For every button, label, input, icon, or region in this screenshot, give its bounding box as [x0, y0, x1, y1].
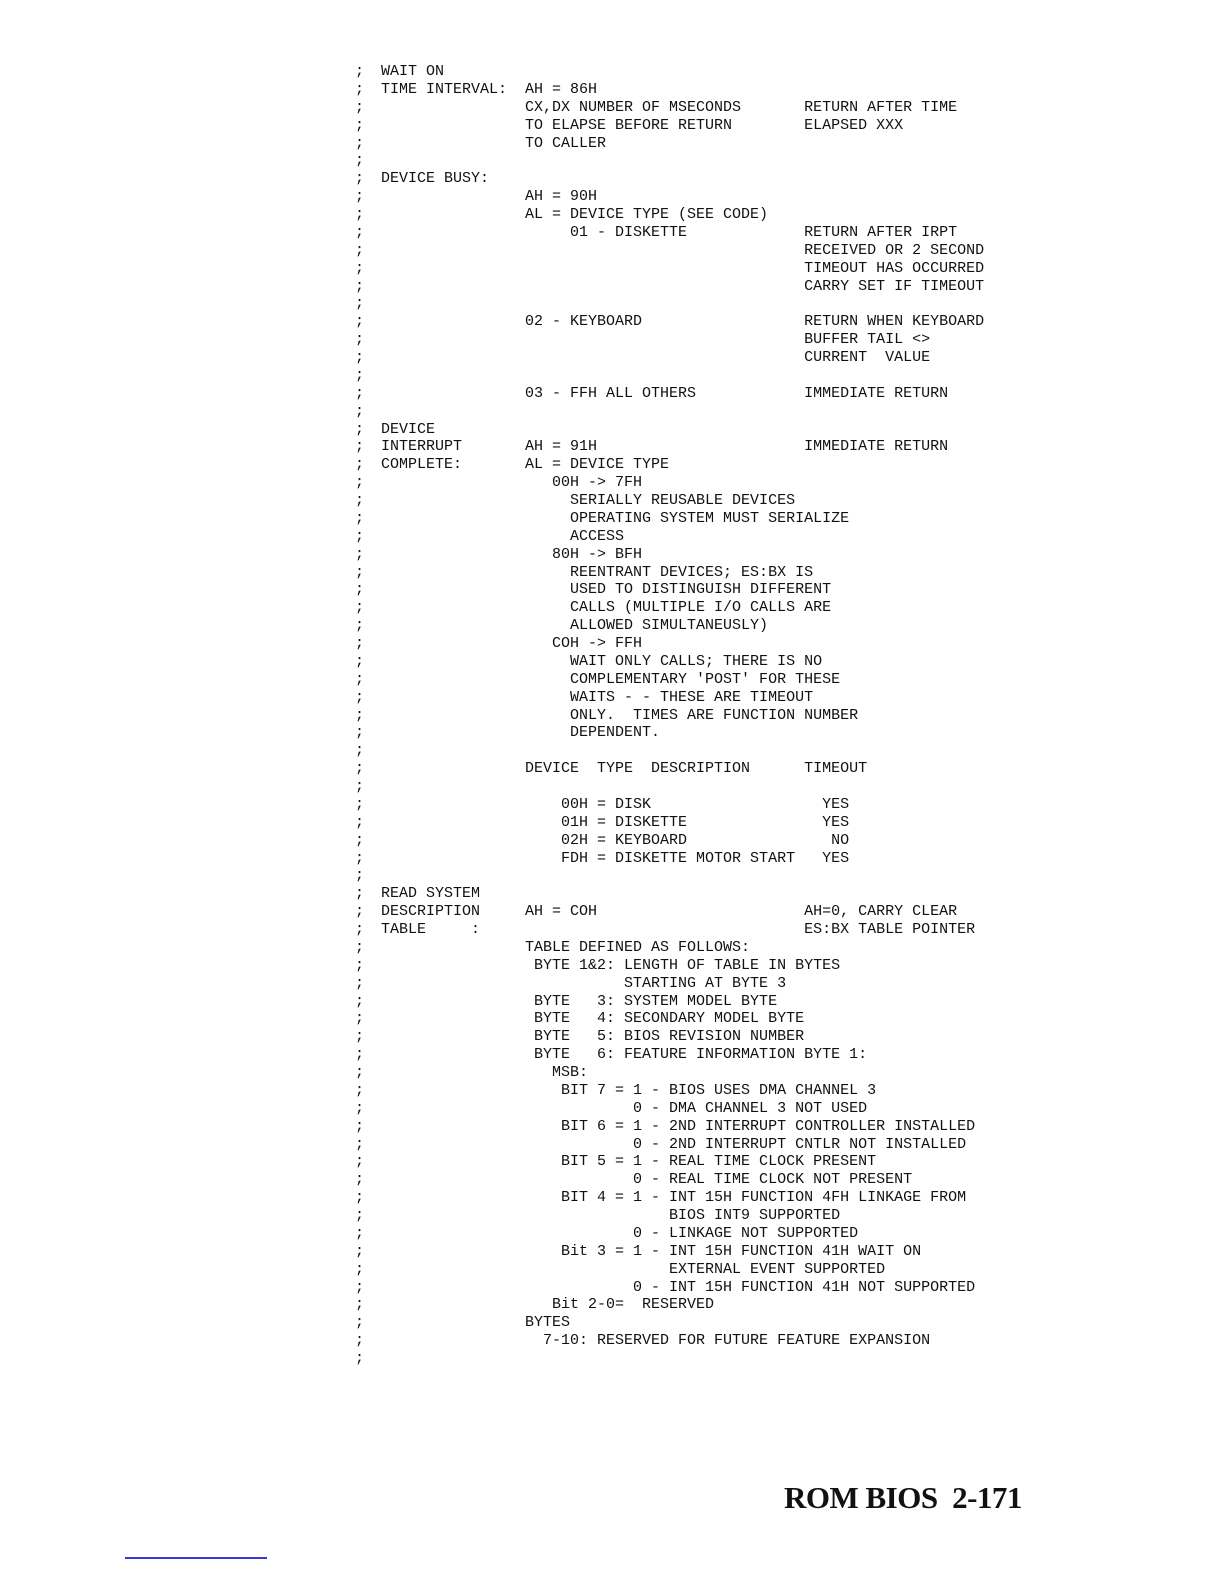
- comment-marker: ;: [355, 689, 381, 707]
- comment-marker: ;: [355, 671, 381, 689]
- listing-line: ; BIT 7 = 1 - BIOS USES DMA CHANNEL 3: [355, 1082, 984, 1100]
- listing-line: ; 03 - FFH ALL OTHERS IMMEDIATE RETURN: [355, 385, 984, 403]
- comment-marker: ;: [355, 1100, 381, 1118]
- comment-marker: ;: [355, 63, 381, 81]
- listing-line: ; WAITS - - THESE ARE TIMEOUT: [355, 689, 984, 707]
- comment-marker: ;: [355, 1189, 381, 1207]
- line-text: 0 - INT 15H FUNCTION 41H NOT SUPPORTED: [381, 1279, 975, 1296]
- comment-marker: ;: [355, 1028, 381, 1046]
- comment-marker: ;: [355, 278, 381, 296]
- comment-marker: ;: [355, 1225, 381, 1243]
- line-text: DEVICE BUSY:: [381, 170, 489, 187]
- comment-marker: ;: [355, 832, 381, 850]
- line-text: 0 - 2ND INTERRUPT CNTLR NOT INSTALLED: [381, 1136, 966, 1153]
- comment-marker: ;: [355, 814, 381, 832]
- listing-line: ; EXTERNAL EVENT SUPPORTED: [355, 1261, 984, 1279]
- line-text: 0 - REAL TIME CLOCK NOT PRESENT: [381, 1171, 912, 1188]
- comment-marker: ;: [355, 349, 381, 367]
- listing-line: ; CALLS (MULTIPLE I/O CALLS ARE: [355, 599, 984, 617]
- line-text: DESCRIPTION AH = COH AH=0, CARRY CLEAR: [381, 903, 957, 920]
- line-text: BYTE 3: SYSTEM MODEL BYTE: [381, 993, 777, 1010]
- line-text: TABLE : ES:BX TABLE POINTER: [381, 921, 975, 938]
- comment-marker: ;: [355, 975, 381, 993]
- listing-line: ;: [355, 1350, 984, 1368]
- comment-marker: ;: [355, 796, 381, 814]
- comment-marker: ;: [355, 242, 381, 260]
- listing-line: ; BUFFER TAIL <>: [355, 331, 984, 349]
- line-text: CURRENT VALUE: [381, 349, 930, 366]
- line-text: ONLY. TIMES ARE FUNCTION NUMBER: [381, 707, 858, 724]
- listing-line: ;: [355, 742, 984, 760]
- listing-line: ; Bit 2-0= RESERVED: [355, 1296, 984, 1314]
- line-text: 02 - KEYBOARD RETURN WHEN KEYBOARD: [381, 313, 984, 330]
- comment-marker: ;: [355, 206, 381, 224]
- comment-marker: ;: [355, 117, 381, 135]
- listing-line: ; USED TO DISTINGUISH DIFFERENT: [355, 581, 984, 599]
- comment-marker: ;: [355, 260, 381, 278]
- listing-line: ;TABLE : ES:BX TABLE POINTER: [355, 921, 984, 939]
- comment-marker: ;: [355, 546, 381, 564]
- listing-line: ;DEVICE BUSY:: [355, 170, 984, 188]
- comment-marker: ;: [355, 1207, 381, 1225]
- line-text: WAIT ON: [381, 63, 444, 80]
- listing-line: ; OPERATING SYSTEM MUST SERIALIZE: [355, 510, 984, 528]
- line-text: AH = 90H: [381, 188, 597, 205]
- line-text: INTERRUPT AH = 91H IMMEDIATE RETURN: [381, 438, 948, 455]
- line-text: BIT 6 = 1 - 2ND INTERRUPT CONTROLLER INS…: [381, 1118, 975, 1135]
- line-text: USED TO DISTINGUISH DIFFERENT: [381, 581, 831, 598]
- listing-line: ;: [355, 403, 984, 421]
- line-text: READ SYSTEM: [381, 885, 480, 902]
- comment-marker: ;: [355, 331, 381, 349]
- line-text: TO ELAPSE BEFORE RETURN ELAPSED XXX: [381, 117, 903, 134]
- line-text: BIOS INT9 SUPPORTED: [381, 1207, 840, 1224]
- line-text: CARRY SET IF TIMEOUT: [381, 278, 984, 295]
- comment-marker: ;: [355, 135, 381, 153]
- comment-marker: ;: [355, 903, 381, 921]
- line-text: DEVICE: [381, 421, 435, 438]
- line-text: CALLS (MULTIPLE I/O CALLS ARE: [381, 599, 831, 616]
- comment-marker: ;: [355, 170, 381, 188]
- listing-line: ;DEVICE: [355, 421, 984, 439]
- comment-marker: ;: [355, 921, 381, 939]
- comment-marker: ;: [355, 510, 381, 528]
- line-text: AL = DEVICE TYPE (SEE CODE): [381, 206, 768, 223]
- listing-line: ; BIOS INT9 SUPPORTED: [355, 1207, 984, 1225]
- listing-line: ; CX,DX NUMBER OF MSECONDS RETURN AFTER …: [355, 99, 984, 117]
- listing-line: ; TABLE DEFINED AS FOLLOWS:: [355, 939, 984, 957]
- listing-line: ;: [355, 867, 984, 885]
- comment-marker: ;: [355, 528, 381, 546]
- listing-line: ; MSB:: [355, 1064, 984, 1082]
- comment-marker: ;: [355, 1296, 381, 1314]
- listing-line: ; CARRY SET IF TIMEOUT: [355, 278, 984, 296]
- comment-marker: ;: [355, 850, 381, 868]
- comment-marker: ;: [355, 1153, 381, 1171]
- comment-marker: ;: [355, 599, 381, 617]
- comment-marker: ;: [355, 421, 381, 439]
- line-text: BIT 7 = 1 - BIOS USES DMA CHANNEL 3: [381, 1082, 876, 1099]
- comment-marker: ;: [355, 1064, 381, 1082]
- line-text: OPERATING SYSTEM MUST SERIALIZE: [381, 510, 849, 527]
- comment-marker: ;: [355, 867, 381, 885]
- listing-line: ; 7-10: RESERVED FOR FUTURE FEATURE EXPA…: [355, 1332, 984, 1350]
- line-text: 01 - DISKETTE RETURN AFTER IRPT: [381, 224, 957, 241]
- listing-line: ; STARTING AT BYTE 3: [355, 975, 984, 993]
- listing-line: ; 0 - INT 15H FUNCTION 41H NOT SUPPORTED: [355, 1279, 984, 1297]
- listing-line: ;DESCRIPTION AH = COH AH=0, CARRY CLEAR: [355, 903, 984, 921]
- listing-line: ; Bit 3 = 1 - INT 15H FUNCTION 41H WAIT …: [355, 1243, 984, 1261]
- comment-marker: ;: [355, 456, 381, 474]
- line-text: BUFFER TAIL <>: [381, 331, 930, 348]
- listing-line: ; BYTE 5: BIOS REVISION NUMBER: [355, 1028, 984, 1046]
- comment-marker: ;: [355, 1350, 381, 1368]
- comment-marker: ;: [355, 1261, 381, 1279]
- comment-marker: ;: [355, 653, 381, 671]
- line-text: 7-10: RESERVED FOR FUTURE FEATURE EXPANS…: [381, 1332, 930, 1349]
- listing-line: ; BYTE 1&2: LENGTH OF TABLE IN BYTES: [355, 957, 984, 975]
- listing-line: ; COMPLEMENTARY 'POST' FOR THESE: [355, 671, 984, 689]
- listing-line: ; BIT 5 = 1 - REAL TIME CLOCK PRESENT: [355, 1153, 984, 1171]
- comment-marker: ;: [355, 152, 381, 170]
- comment-marker: ;: [355, 224, 381, 242]
- comment-marker: ;: [355, 742, 381, 760]
- listing-line: ; FDH = DISKETTE MOTOR START YES: [355, 850, 984, 868]
- listing-line: ; ONLY. TIMES ARE FUNCTION NUMBER: [355, 707, 984, 725]
- comment-marker: ;: [355, 707, 381, 725]
- comment-marker: ;: [355, 1118, 381, 1136]
- comment-marker: ;: [355, 403, 381, 421]
- line-text: CX,DX NUMBER OF MSECONDS RETURN AFTER TI…: [381, 99, 957, 116]
- line-text: FDH = DISKETTE MOTOR START YES: [381, 850, 849, 867]
- listing-line: ; 01H = DISKETTE YES: [355, 814, 984, 832]
- line-text: REENTRANT DEVICES; ES:BX IS: [381, 564, 813, 581]
- comment-marker: ;: [355, 295, 381, 313]
- line-text: STARTING AT BYTE 3: [381, 975, 786, 992]
- listing-line: ; 0 - REAL TIME CLOCK NOT PRESENT: [355, 1171, 984, 1189]
- line-text: BIT 5 = 1 - REAL TIME CLOCK PRESENT: [381, 1153, 876, 1170]
- listing-line: ; 00H = DISK YES: [355, 796, 984, 814]
- listing-line: ; BYTE 3: SYSTEM MODEL BYTE: [355, 993, 984, 1011]
- listing-line: ; TO CALLER: [355, 135, 984, 153]
- comment-marker: ;: [355, 1243, 381, 1261]
- comment-marker: ;: [355, 99, 381, 117]
- listing-line: ;COMPLETE: AL = DEVICE TYPE: [355, 456, 984, 474]
- comment-marker: ;: [355, 993, 381, 1011]
- comment-marker: ;: [355, 438, 381, 456]
- line-text: BYTE 1&2: LENGTH OF TABLE IN BYTES: [381, 957, 840, 974]
- line-text: WAIT ONLY CALLS; THERE IS NO: [381, 653, 822, 670]
- listing-line: ; 0 - DMA CHANNEL 3 NOT USED: [355, 1100, 984, 1118]
- line-text: SERIALLY REUSABLE DEVICES: [381, 492, 795, 509]
- listing-line: ; 0 - 2ND INTERRUPT CNTLR NOT INSTALLED: [355, 1136, 984, 1154]
- comment-marker: ;: [355, 1171, 381, 1189]
- listing-line: ;: [355, 295, 984, 313]
- line-text: TIME INTERVAL: AH = 86H: [381, 81, 597, 98]
- line-text: BYTE 4: SECONDARY MODEL BYTE: [381, 1010, 804, 1027]
- listing-line: ; 01 - DISKETTE RETURN AFTER IRPT: [355, 224, 984, 242]
- listing-line: ; CURRENT VALUE: [355, 349, 984, 367]
- listing-line: ; ACCESS: [355, 528, 984, 546]
- listing-line: ;: [355, 152, 984, 170]
- comment-marker: ;: [355, 581, 381, 599]
- comment-marker: ;: [355, 939, 381, 957]
- listing-line: ; 02 - KEYBOARD RETURN WHEN KEYBOARD: [355, 313, 984, 331]
- listing-line: ; TIMEOUT HAS OCCURRED: [355, 260, 984, 278]
- comment-marker: ;: [355, 474, 381, 492]
- listing-line: ; BYTES: [355, 1314, 984, 1332]
- listing-line: ; BIT 6 = 1 - 2ND INTERRUPT CONTROLLER I…: [355, 1118, 984, 1136]
- listing-line: ; BYTE 6: FEATURE INFORMATION BYTE 1:: [355, 1046, 984, 1064]
- listing-line: ; BIT 4 = 1 - INT 15H FUNCTION 4FH LINKA…: [355, 1189, 984, 1207]
- listing-line: ; BYTE 4: SECONDARY MODEL BYTE: [355, 1010, 984, 1028]
- line-text: BYTE 6: FEATURE INFORMATION BYTE 1:: [381, 1046, 867, 1063]
- listing-line: ; 00H -> 7FH: [355, 474, 984, 492]
- footer-rule: [125, 1557, 267, 1559]
- line-text: 02H = KEYBOARD NO: [381, 832, 849, 849]
- line-text: WAITS - - THESE ARE TIMEOUT: [381, 689, 813, 706]
- page-footer-title: ROM BIOS 2-171: [784, 1480, 1022, 1516]
- line-text: 0 - LINKAGE NOT SUPPORTED: [381, 1225, 858, 1242]
- listing-line: ;INTERRUPT AH = 91H IMMEDIATE RETURN: [355, 438, 984, 456]
- assembly-listing: ;WAIT ON;TIME INTERVAL: AH = 86H; CX,DX …: [355, 63, 984, 1368]
- comment-marker: ;: [355, 81, 381, 99]
- comment-marker: ;: [355, 760, 381, 778]
- line-text: 0 - DMA CHANNEL 3 NOT USED: [381, 1100, 867, 1117]
- listing-line: ; 0 - LINKAGE NOT SUPPORTED: [355, 1225, 984, 1243]
- comment-marker: ;: [355, 313, 381, 331]
- line-text: COH -> FFH: [381, 635, 642, 652]
- line-text: 00H = DISK YES: [381, 796, 849, 813]
- listing-line: ; AL = DEVICE TYPE (SEE CODE): [355, 206, 984, 224]
- comment-marker: ;: [355, 1010, 381, 1028]
- line-text: 01H = DISKETTE YES: [381, 814, 849, 831]
- comment-marker: ;: [355, 885, 381, 903]
- comment-marker: ;: [355, 724, 381, 742]
- comment-marker: ;: [355, 564, 381, 582]
- comment-marker: ;: [355, 1279, 381, 1297]
- comment-marker: ;: [355, 1082, 381, 1100]
- listing-line: ; 80H -> BFH: [355, 546, 984, 564]
- line-text: RECEIVED OR 2 SECOND: [381, 242, 984, 259]
- listing-line: ; AH = 90H: [355, 188, 984, 206]
- line-text: ALLOWED SIMULTANEUSLY): [381, 617, 768, 634]
- comment-marker: ;: [355, 1314, 381, 1332]
- listing-line: ; DEVICE TYPE DESCRIPTION TIMEOUT: [355, 760, 984, 778]
- line-text: TO CALLER: [381, 135, 606, 152]
- comment-marker: ;: [355, 367, 381, 385]
- line-text: BYTES: [381, 1314, 570, 1331]
- line-text: TABLE DEFINED AS FOLLOWS:: [381, 939, 750, 956]
- line-text: 03 - FFH ALL OTHERS IMMEDIATE RETURN: [381, 385, 948, 402]
- listing-line: ;WAIT ON: [355, 63, 984, 81]
- comment-marker: ;: [355, 188, 381, 206]
- listing-line: ;TIME INTERVAL: AH = 86H: [355, 81, 984, 99]
- line-text: DEVICE TYPE DESCRIPTION TIMEOUT: [381, 760, 867, 777]
- comment-marker: ;: [355, 1332, 381, 1350]
- line-text: COMPLETE: AL = DEVICE TYPE: [381, 456, 669, 473]
- listing-line: ; WAIT ONLY CALLS; THERE IS NO: [355, 653, 984, 671]
- line-text: DEPENDENT.: [381, 724, 660, 741]
- listing-line: ;READ SYSTEM: [355, 885, 984, 903]
- line-text: ACCESS: [381, 528, 624, 545]
- listing-line: ;: [355, 778, 984, 796]
- comment-marker: ;: [355, 1136, 381, 1154]
- listing-line: ; RECEIVED OR 2 SECOND: [355, 242, 984, 260]
- listing-line: ; ALLOWED SIMULTANEUSLY): [355, 617, 984, 635]
- line-text: EXTERNAL EVENT SUPPORTED: [381, 1261, 885, 1278]
- listing-line: ;: [355, 367, 984, 385]
- line-text: BYTE 5: BIOS REVISION NUMBER: [381, 1028, 804, 1045]
- comment-marker: ;: [355, 778, 381, 796]
- comment-marker: ;: [355, 635, 381, 653]
- line-text: COMPLEMENTARY 'POST' FOR THESE: [381, 671, 840, 688]
- line-text: BIT 4 = 1 - INT 15H FUNCTION 4FH LINKAGE…: [381, 1189, 966, 1206]
- comment-marker: ;: [355, 1046, 381, 1064]
- listing-line: ; DEPENDENT.: [355, 724, 984, 742]
- line-text: TIMEOUT HAS OCCURRED: [381, 260, 984, 277]
- listing-line: ; SERIALLY REUSABLE DEVICES: [355, 492, 984, 510]
- line-text: 80H -> BFH: [381, 546, 642, 563]
- listing-line: ; TO ELAPSE BEFORE RETURN ELAPSED XXX: [355, 117, 984, 135]
- comment-marker: ;: [355, 617, 381, 635]
- listing-line: ; REENTRANT DEVICES; ES:BX IS: [355, 564, 984, 582]
- comment-marker: ;: [355, 957, 381, 975]
- line-text: Bit 3 = 1 - INT 15H FUNCTION 41H WAIT ON: [381, 1243, 921, 1260]
- line-text: Bit 2-0= RESERVED: [381, 1296, 714, 1313]
- comment-marker: ;: [355, 492, 381, 510]
- line-text: 00H -> 7FH: [381, 474, 642, 491]
- listing-line: ; 02H = KEYBOARD NO: [355, 832, 984, 850]
- listing-line: ; COH -> FFH: [355, 635, 984, 653]
- line-text: MSB:: [381, 1064, 588, 1081]
- comment-marker: ;: [355, 385, 381, 403]
